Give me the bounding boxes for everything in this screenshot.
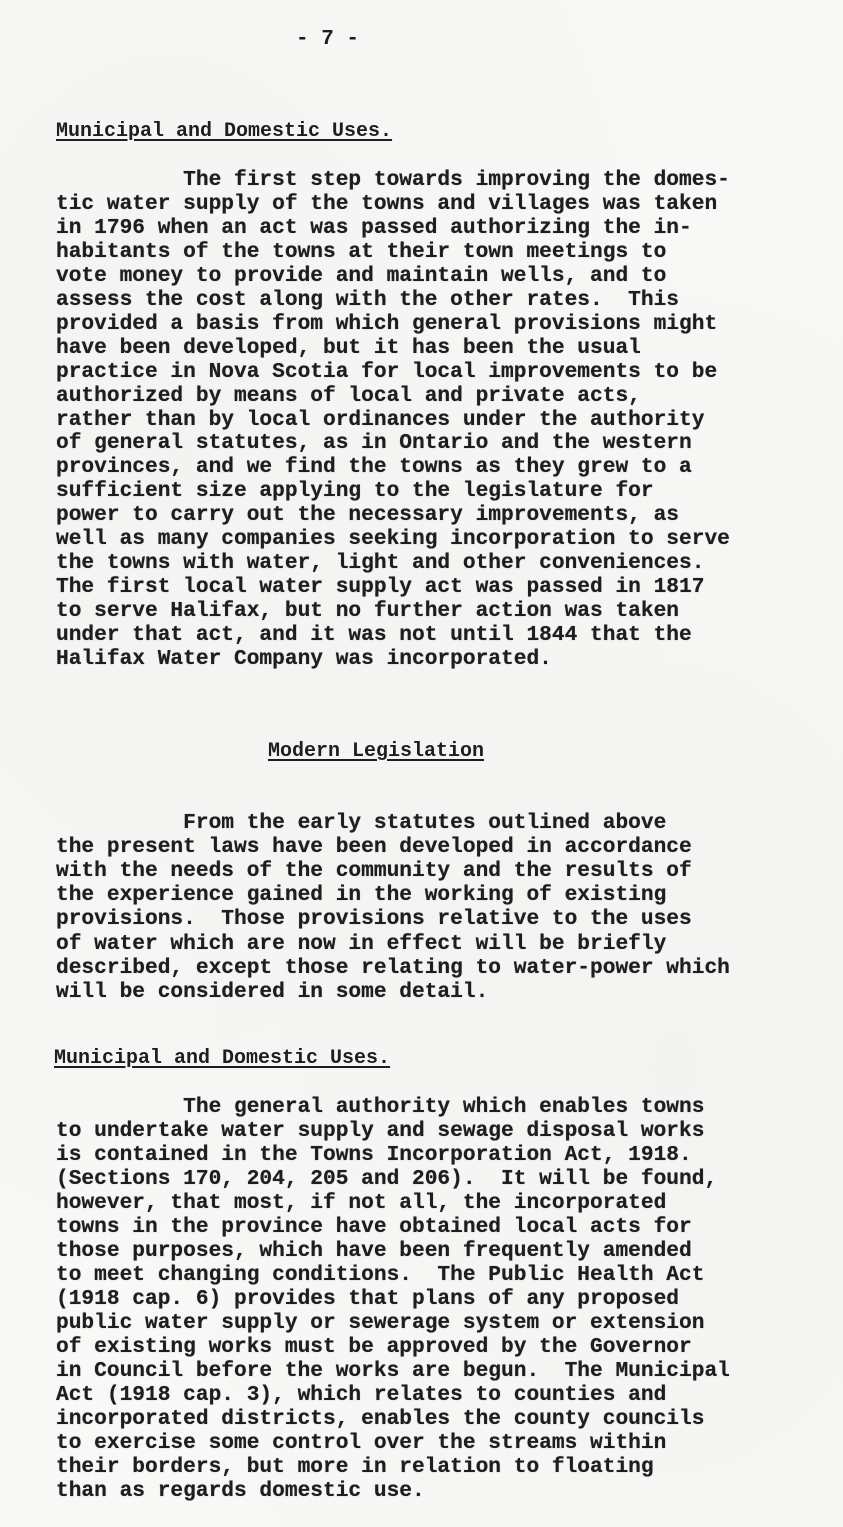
text-line: will be considered in some detail. (56, 980, 488, 1004)
text-line: practice in Nova Scotia for local improv… (56, 360, 717, 384)
text-line: in Council before the works are begun. T… (56, 1359, 730, 1383)
text-line: (Sections 170, 204, 205 and 206). It wil… (56, 1167, 717, 1191)
text-line: provisions. Those provisions relative to… (56, 907, 692, 931)
text-line: Act (1918 cap. 3), which relates to coun… (56, 1383, 666, 1407)
text-line: however, that most, if not all, the inco… (56, 1191, 666, 1215)
text-line: under that act, and it was not until 184… (56, 623, 692, 647)
section-heading: Municipal and Domestic Uses. (54, 1047, 390, 1070)
text-line: the experience gained in the working of … (56, 883, 666, 907)
text-line: with the needs of the community and the … (56, 859, 692, 883)
text-line: vote money to provide and maintain wells… (56, 264, 666, 288)
text-line: tic water supply of the towns and villag… (56, 192, 717, 216)
text-line: well as many companies seeking incorpora… (56, 527, 730, 551)
section-heading: Modern Legislation (268, 740, 484, 763)
text-line: sufficient size applying to the legislat… (56, 479, 654, 503)
text-line: than as regards domestic use. (56, 1479, 425, 1503)
text-line: described, except those relating to wate… (56, 956, 730, 980)
text-line: of existing works must be approved by th… (56, 1335, 692, 1359)
text-line: The first local water supply act was pas… (56, 575, 704, 599)
text-line: towns in the province have obtained loca… (56, 1215, 692, 1239)
text-line: to serve Halifax, but no further action … (56, 599, 679, 623)
text-line: is contained in the Towns Incorporation … (56, 1143, 692, 1167)
text-line: provided a basis from which general prov… (56, 312, 717, 336)
document-page: - 7 - Municipal and Domestic Uses. The f… (0, 0, 843, 1527)
text-line: incorporated districts, enables the coun… (56, 1407, 704, 1431)
text-line: provinces, and we find the towns as they… (56, 455, 692, 479)
text-line: to undertake water supply and sewage dis… (56, 1119, 704, 1143)
text-line: (1918 cap. 6) provides that plans of any… (56, 1287, 679, 1311)
text-line: their borders, but more in relation to f… (56, 1455, 654, 1479)
text-line: the present laws have been developed in … (56, 835, 692, 859)
text-line: to exercise some control over the stream… (56, 1431, 666, 1455)
text-line: the towns with water, light and other co… (56, 551, 704, 575)
text-line: authorized by means of local and private… (56, 384, 641, 408)
text-line: of water which are now in effect will be… (56, 932, 666, 956)
text-line: power to carry out the necessary improve… (56, 503, 679, 527)
text-line: of general statutes, as in Ontario and t… (56, 431, 692, 455)
text-line: have been developed, but it has been the… (56, 336, 641, 360)
text-line: those purposes, which have been frequent… (56, 1239, 692, 1263)
text-line: The general authority which enables town… (56, 1095, 704, 1119)
page-number: - 7 - (296, 28, 359, 51)
text-line: to meet changing conditions. The Public … (56, 1263, 704, 1287)
text-line: habitants of the towns at their town mee… (56, 240, 666, 264)
text-line: in 1796 when an act was passed authorizi… (56, 216, 692, 240)
text-line: rather than by local ordinances under th… (56, 408, 704, 432)
text-line: From the early statutes outlined above (56, 811, 666, 835)
text-line: Halifax Water Company was incorporated. (56, 647, 552, 671)
text-line: public water supply or sewerage system o… (56, 1311, 704, 1335)
section-heading: Municipal and Domestic Uses. (56, 120, 392, 143)
text-line: The first step towards improving the dom… (56, 168, 730, 192)
text-line: assess the cost along with the other rat… (56, 288, 679, 312)
